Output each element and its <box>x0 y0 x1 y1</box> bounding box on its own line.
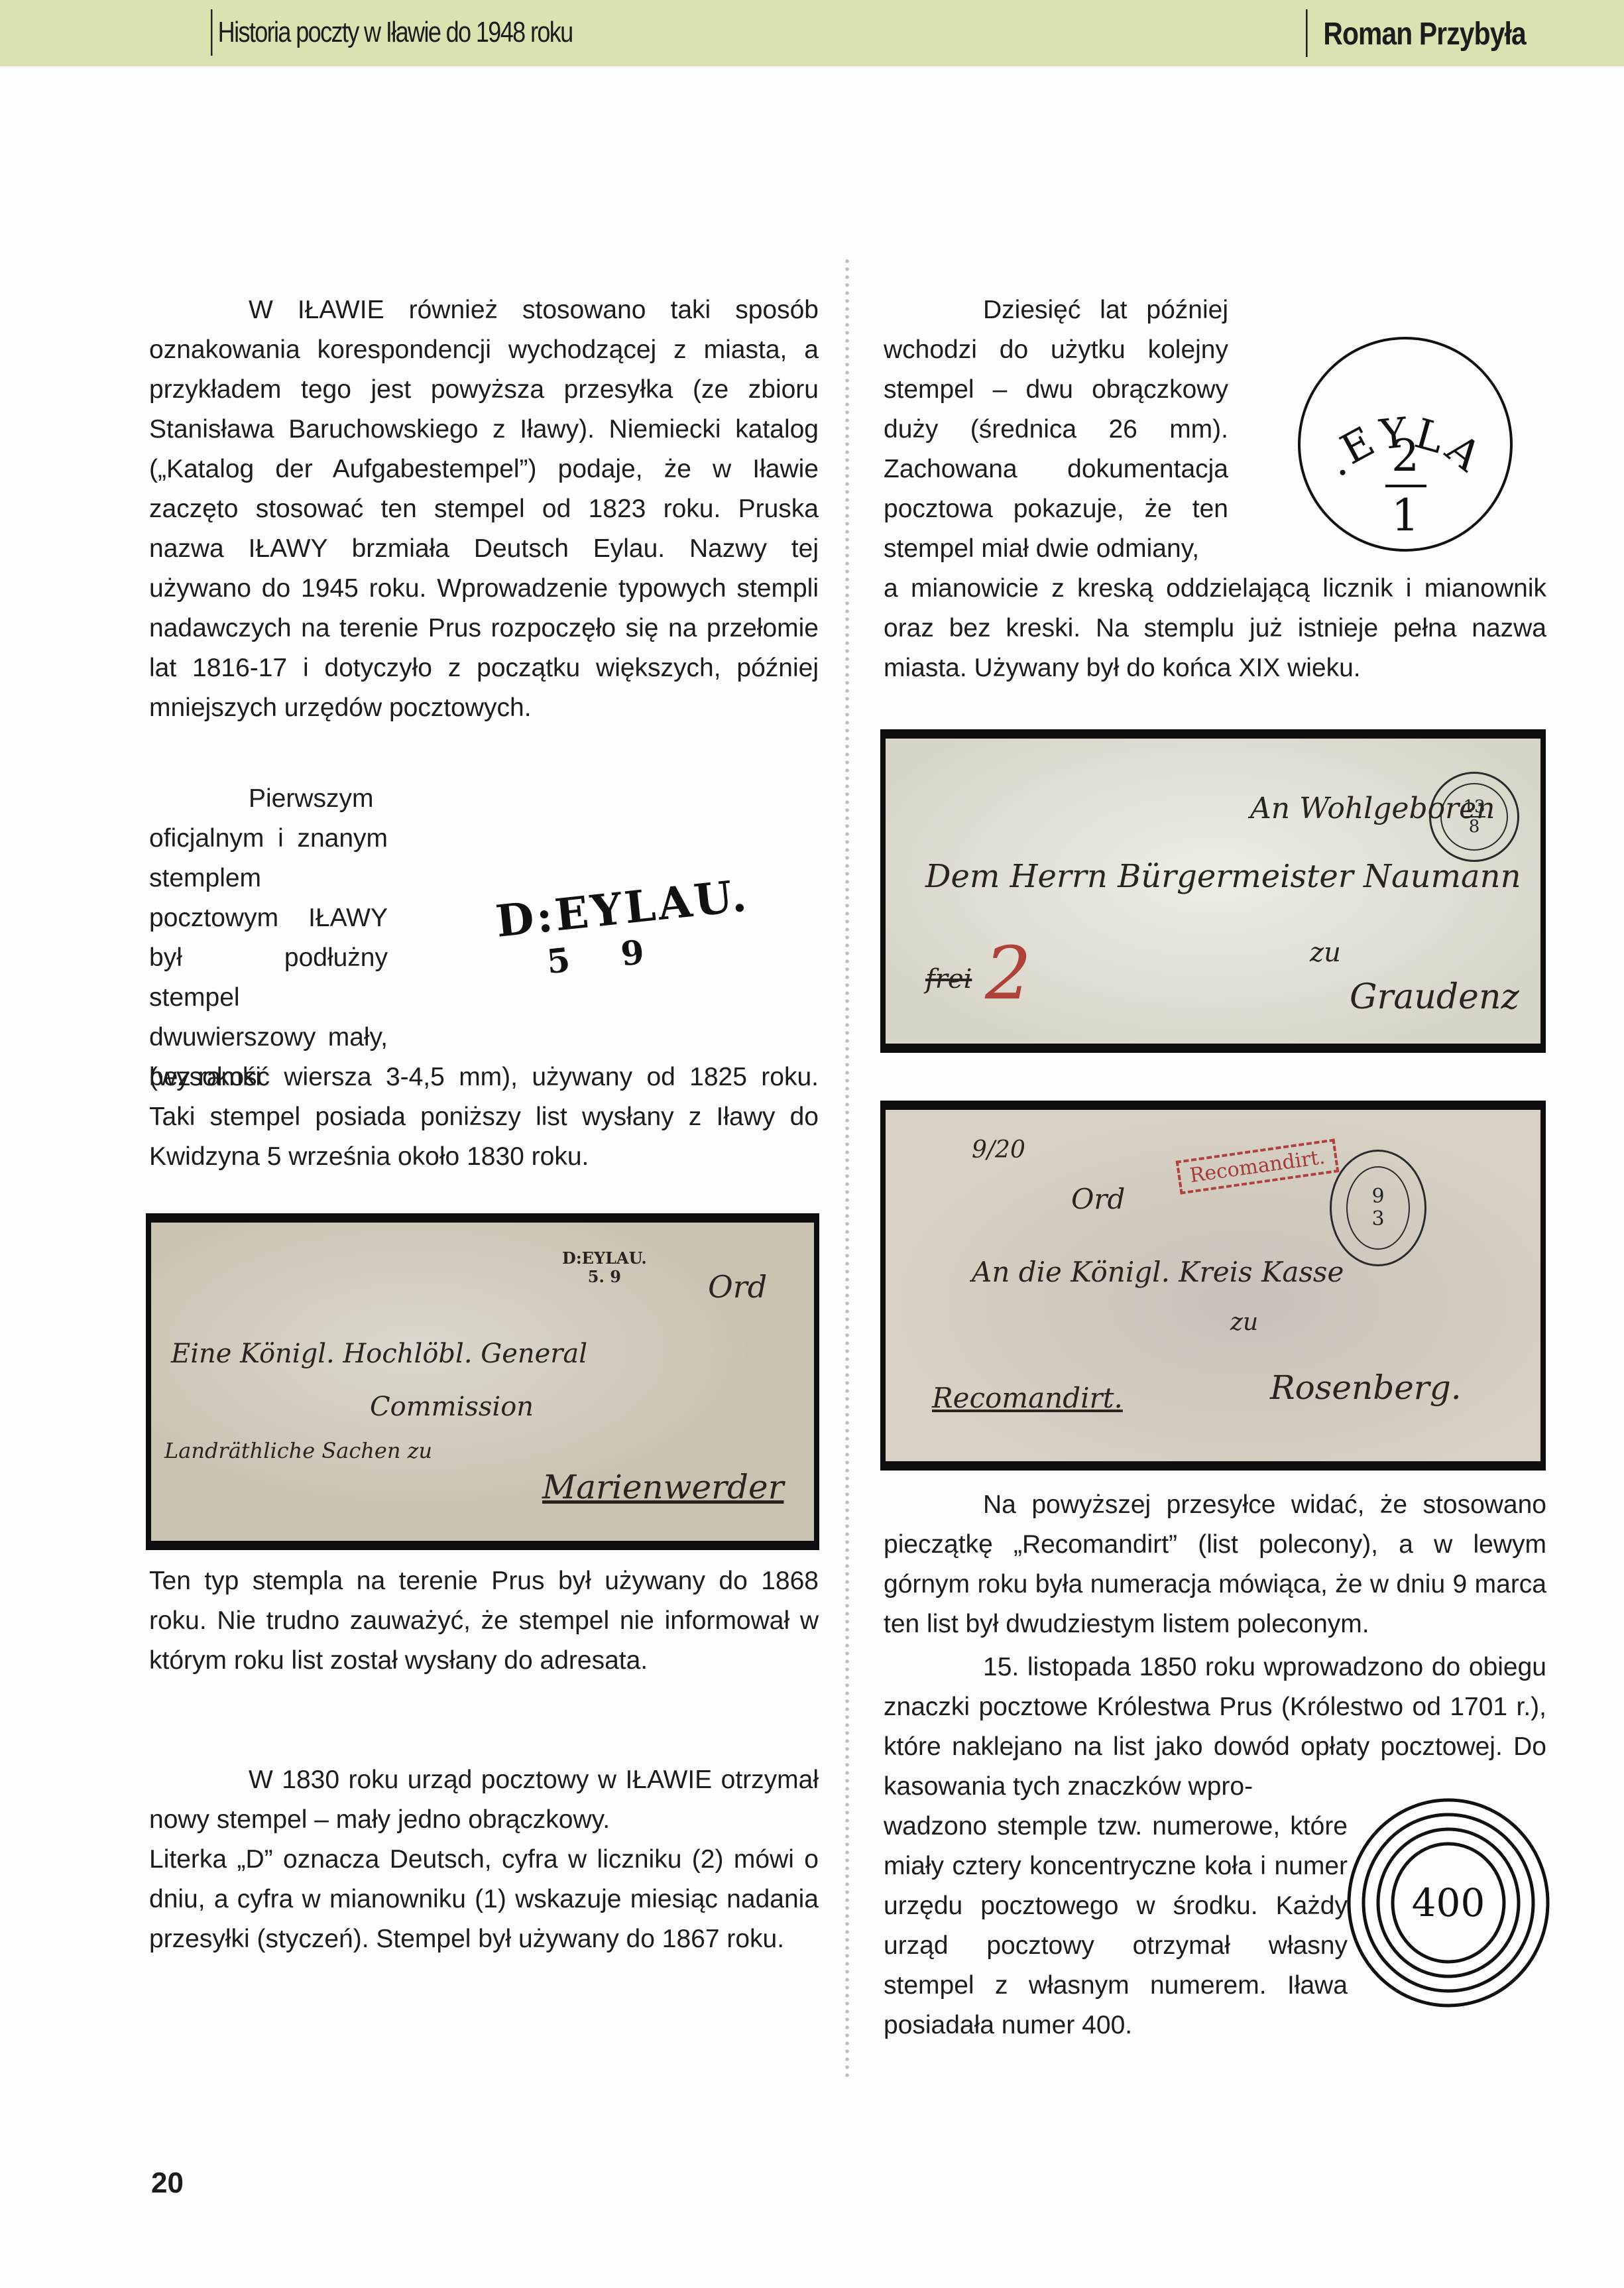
handwriting: An die Königl. Kreis Kasse <box>972 1256 1344 1288</box>
handwriting: Landräthliche Sachen zu <box>164 1438 432 1463</box>
paragraph-text: (wysokość wiersza 3-4,5 mm), używany od … <box>149 1057 819 1177</box>
paragraph-text: Dziesięć lat później wchodzi do użytku k… <box>884 290 1228 569</box>
handwriting: Graudenz <box>1350 977 1519 1017</box>
round-postmark-illustration: D.EYLAU 2 1 <box>1286 325 1525 564</box>
handwriting: frei <box>925 964 972 994</box>
paragraph-text: W IŁAWIE również stosowano taki sposób o… <box>149 290 819 728</box>
paragraph-text: Ten typ stempla na terenie Prus był używ… <box>149 1561 819 1681</box>
column-divider <box>845 257 849 2080</box>
right-paragraph-2: Na powyższej przesyłce widać, że stosowa… <box>884 1485 1546 1644</box>
right-paragraph-1-narrow: Dziesięć lat później wchodzi do użytku k… <box>884 290 1228 569</box>
letter-photo-graudenz: 13 8 An Wohlgeboren Dem Herrn Bürgermeis… <box>880 729 1546 1053</box>
handwriting: Eine Königl. Hochlöbl. General <box>171 1339 587 1369</box>
paragraph-text: 15. listopada 1850 roku wprowadzono do o… <box>884 1648 1546 1807</box>
letter-image: 9/20 Recomandirt. 9 3 Ord An die Königl.… <box>886 1110 1540 1461</box>
left-paragraph-2-narrow: Pierwszym oficjalnym i znanym stemplem p… <box>149 779 388 1097</box>
paragraph-text: wadzono stemple tzw. numerowe, które mia… <box>884 1807 1348 2045</box>
handwriting: Ord <box>1071 1183 1125 1215</box>
letter-image: 13 8 An Wohlgeboren Dem Herrn Bürgermeis… <box>886 739 1540 1044</box>
handwriting: zu <box>1310 937 1341 968</box>
recomandirt-stamp: Recomandirt. <box>1176 1138 1339 1194</box>
handwriting: An Wohlgeboren <box>1250 792 1495 825</box>
left-paragraph-4: W 1830 roku urząd pocztowy w IŁAWIE otrz… <box>149 1760 819 1959</box>
right-paragraph-1-full: a mianowicie z kreską oddzielającą liczn… <box>884 569 1546 688</box>
paragraph-text: Pierwszym oficjalnym i znanym stemplem p… <box>149 779 388 1097</box>
linear-postmark-illustration: D:EYLAU. 5 9 <box>493 868 766 981</box>
svg-text:1: 1 <box>1391 490 1419 541</box>
right-paragraph-3: 15. listopada 1850 roku wprowadzono do o… <box>884 1648 1546 1807</box>
left-paragraph-2-full: (wysokość wiersza 3-4,5 mm), używany od … <box>149 1057 819 1177</box>
svg-text:400: 400 <box>1412 1880 1485 1925</box>
registration-number-mark: 9/20 <box>972 1136 1025 1164</box>
letter-photo-marienwerder: D:EYLAU. 5. 9 Ord Eine Königl. Hochlöbl.… <box>146 1213 819 1550</box>
handwriting: Marienwerder <box>542 1468 783 1506</box>
page-number: 20 <box>151 2167 184 2200</box>
handwriting: Ord <box>708 1269 767 1305</box>
left-paragraph-1: W IŁAWIE również stosowano taki sposób o… <box>149 290 819 728</box>
svg-text:2: 2 <box>1391 430 1419 481</box>
double-ring-postmark: 9 3 <box>1330 1150 1426 1266</box>
right-paragraph-3-narrow: wadzono stemple tzw. numerowe, które mia… <box>884 1807 1348 2045</box>
letter-postmark: D:EYLAU. 5. 9 <box>562 1249 647 1286</box>
handwriting: zu <box>1230 1309 1258 1336</box>
red-postage-mark: 2 <box>985 931 1031 1016</box>
paragraph-text: W 1830 roku urząd pocztowy w IŁAWIE otrz… <box>149 1760 819 1840</box>
handwriting: Commission <box>370 1392 534 1422</box>
paragraph-text: Literka „D” oznacza Deutsch, cyfra w lic… <box>149 1840 819 1959</box>
paragraph-text: a mianowicie z kreską oddzielającą liczn… <box>884 569 1546 688</box>
numeral-postmark-illustration: 400 <box>1339 1790 1558 2016</box>
letter-photo-rosenberg: 9/20 Recomandirt. 9 3 Ord An die Königl.… <box>880 1101 1546 1471</box>
svg-text:D.EYLAU: D.EYLAU <box>1286 325 1493 485</box>
handwriting: Dem Herrn Bürgermeister Naumann <box>925 858 1521 895</box>
left-paragraph-3: Ten typ stempla na terenie Prus był używ… <box>149 1561 819 1681</box>
paragraph-text: Na powyższej przesyłce widać, że stosowa… <box>884 1485 1546 1644</box>
handwriting: Recomandirt. <box>932 1382 1123 1414</box>
running-title: Historia poczty w Iławie do 1948 roku <box>211 9 573 56</box>
handwriting: Rosenberg. <box>1270 1368 1462 1407</box>
author-name: Roman Przybyła <box>1306 9 1526 57</box>
letter-image: D:EYLAU. 5. 9 Ord Eine Königl. Hochlöbl.… <box>151 1223 814 1541</box>
